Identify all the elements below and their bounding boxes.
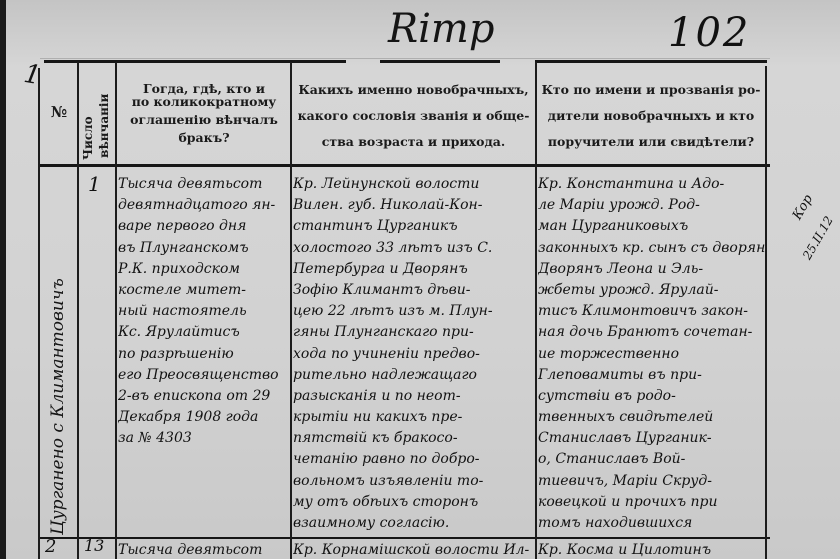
col-border bbox=[38, 68, 40, 559]
cell-parents: Кр. Константина и Адо- ле Маріи урожд. Р… bbox=[538, 174, 765, 534]
col-border bbox=[765, 66, 767, 559]
header-parents: Кто по имени и прозванія ро- дители ново… bbox=[537, 77, 765, 155]
header-bottom-border bbox=[40, 164, 770, 167]
side-note-2: 25.II.12 bbox=[800, 214, 836, 262]
top-signature: Rimp bbox=[388, 6, 494, 52]
header-count-line2: вѣнчаніи bbox=[97, 94, 111, 158]
page-number: 102 bbox=[668, 10, 750, 56]
col-border bbox=[77, 62, 79, 559]
document-page: Rimp 102 1 № Число вѣнчаніи Гогда, гдѣ, … bbox=[0, 0, 840, 559]
cell-when: Тысяча девятьсот bbox=[118, 540, 290, 559]
header-number: № bbox=[40, 100, 78, 124]
col-border bbox=[115, 62, 117, 559]
header-count-line1: Число bbox=[81, 116, 95, 160]
margin-name: Цурганено с Климантовичъ bbox=[48, 278, 68, 535]
row-divider bbox=[40, 537, 770, 539]
cell-who: Кр. Корнамішской волости Ил- bbox=[293, 540, 535, 559]
cell-when: Тысяча девятьсот девятнадцатого ян- варе… bbox=[118, 174, 290, 449]
record-count: 1 bbox=[88, 172, 101, 196]
record-count: 13 bbox=[84, 536, 104, 555]
side-note-1: Кор bbox=[790, 192, 816, 222]
table-top-border bbox=[535, 60, 767, 63]
header-who: Какихъ именно новобрачныхъ, какого сосло… bbox=[292, 77, 535, 155]
header-when: Гогда, гдѣ, кто и по коликократному огла… bbox=[118, 77, 290, 145]
record-number: 2 bbox=[45, 536, 56, 557]
cell-who: Кр. Лейнунской волости Вилен. губ. Никол… bbox=[293, 174, 535, 534]
cell-parents: Кр. Косма и Цилотинъ bbox=[538, 540, 765, 559]
table-top-border bbox=[44, 60, 346, 63]
binding-edge bbox=[0, 0, 6, 559]
table-top-border bbox=[380, 60, 500, 63]
ruling-line bbox=[40, 58, 770, 59]
